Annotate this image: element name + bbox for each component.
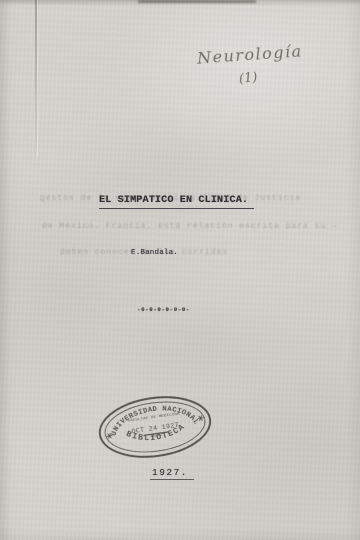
typographic-divider: -0-0-0-0-0-0- bbox=[137, 306, 190, 313]
handwritten-subject-annotation: Neurología bbox=[196, 41, 303, 67]
library-stamp: UNIVERSIDAD NACIONAL FACULTAD DE MEDICIN… bbox=[93, 388, 216, 466]
scanned-title-page: Neurología (1) gestos de la vista medica… bbox=[0, 0, 360, 540]
document-title: EL SIMPATICO EN CLINICA. bbox=[99, 195, 254, 209]
library-stamp-graphic: UNIVERSIDAD NACIONAL FACULTAD DE MEDICIN… bbox=[93, 388, 216, 466]
publication-year: 1927. bbox=[150, 467, 194, 480]
ghost-bleed-line: de México. Francia. esta relación escrit… bbox=[42, 222, 338, 231]
author-name: E.Bandala. bbox=[131, 249, 178, 257]
handwritten-number-annotation: (1) bbox=[238, 70, 258, 87]
vertical-fold-crease bbox=[35, 0, 37, 158]
page-top-edge-smudge bbox=[138, 0, 256, 3]
